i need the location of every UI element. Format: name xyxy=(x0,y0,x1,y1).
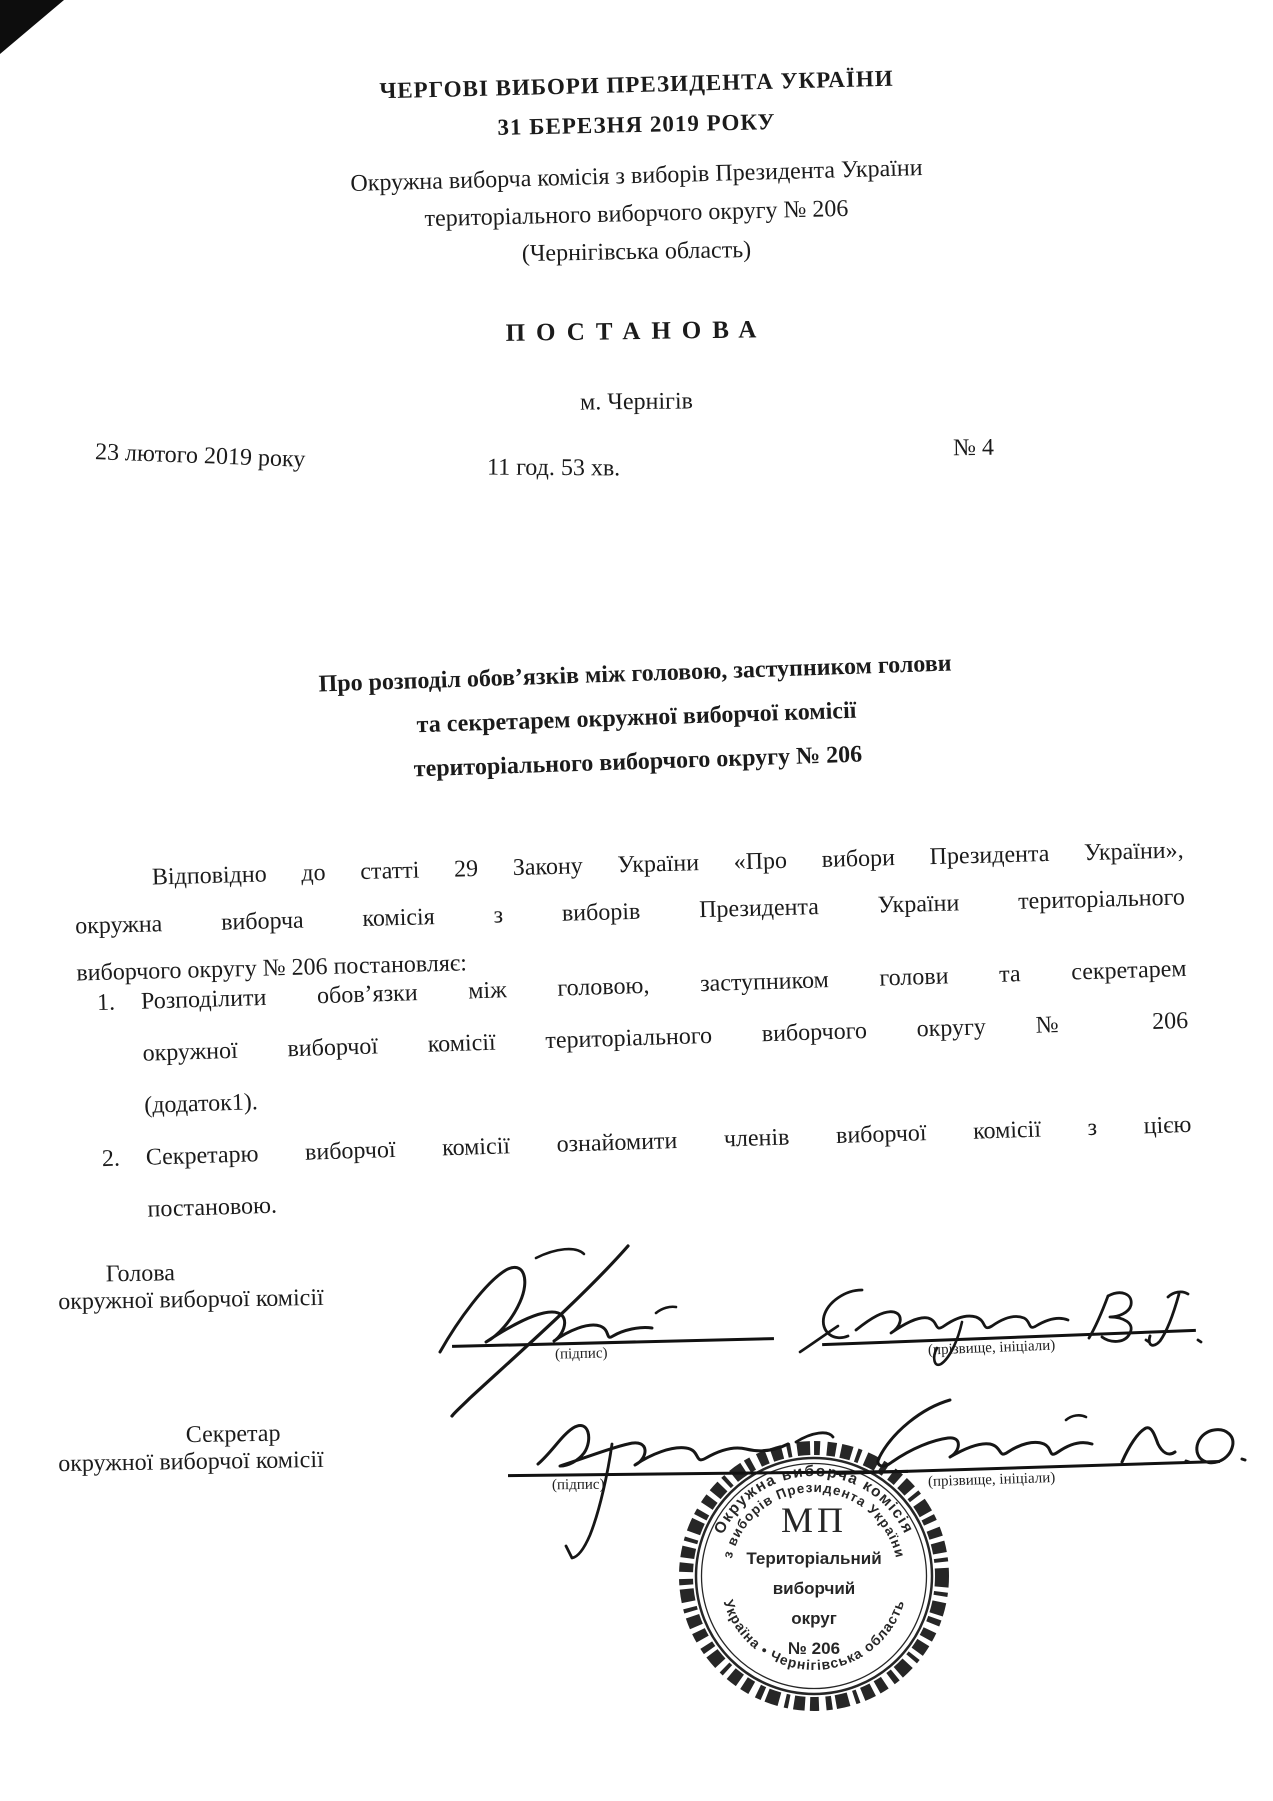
round-seal-stamp: Окружна виборча комісія з виборів Презид… xyxy=(675,1437,953,1715)
secretary-signature-caption: (підпис) xyxy=(552,1477,605,1495)
head-signature-ink xyxy=(440,1246,676,1416)
secretary-role-label: Секретар окружної виборчої комісії xyxy=(58,1420,324,1478)
document-city: м. Чернігів xyxy=(0,382,1273,422)
seal-center-line1: Територіальний xyxy=(746,1549,881,1568)
item-number: 2. xyxy=(101,1132,147,1185)
document-title: Про розподіл обов’язків між головою, зас… xyxy=(0,631,1273,805)
scan-corner-artifact xyxy=(0,0,64,54)
head-role-label: Голова окружної виборчої комісії xyxy=(58,1258,324,1316)
seal-center-line2: виборчий xyxy=(773,1579,856,1598)
head-role-line1: Голова xyxy=(106,1258,324,1288)
resolution-items: 1. Розподілити обов’язки між головою, за… xyxy=(96,943,1194,1237)
document-time: 11 год. 53 хв. xyxy=(487,455,620,483)
document-date: 23 лютого 2019 року xyxy=(95,439,306,474)
document-number: № 4 xyxy=(953,435,994,462)
head-signature-line xyxy=(452,1337,774,1348)
head-name-caption: (прізвище, ініціали) xyxy=(928,1338,1056,1360)
secretary-role-line2: окружної виборчої комісії xyxy=(58,1447,324,1477)
head-role-line2: окружної виборчої комісії xyxy=(58,1285,324,1315)
item-number: 1. xyxy=(96,976,142,1029)
seal-mp-text: МП xyxy=(781,1500,847,1540)
secretary-role-line1: Секретар xyxy=(186,1420,324,1449)
seal-center-line3: округ xyxy=(791,1609,837,1628)
document-type: ПОСТАНОВА xyxy=(0,309,1273,355)
head-signature-caption: (підпис) xyxy=(555,1345,608,1363)
seal-center-line4: № 206 xyxy=(788,1639,840,1658)
document-page: ЧЕРГОВІ ВИБОРИ ПРЕЗИДЕНТА УКРАЇНИ 31 БЕР… xyxy=(0,0,1273,1801)
